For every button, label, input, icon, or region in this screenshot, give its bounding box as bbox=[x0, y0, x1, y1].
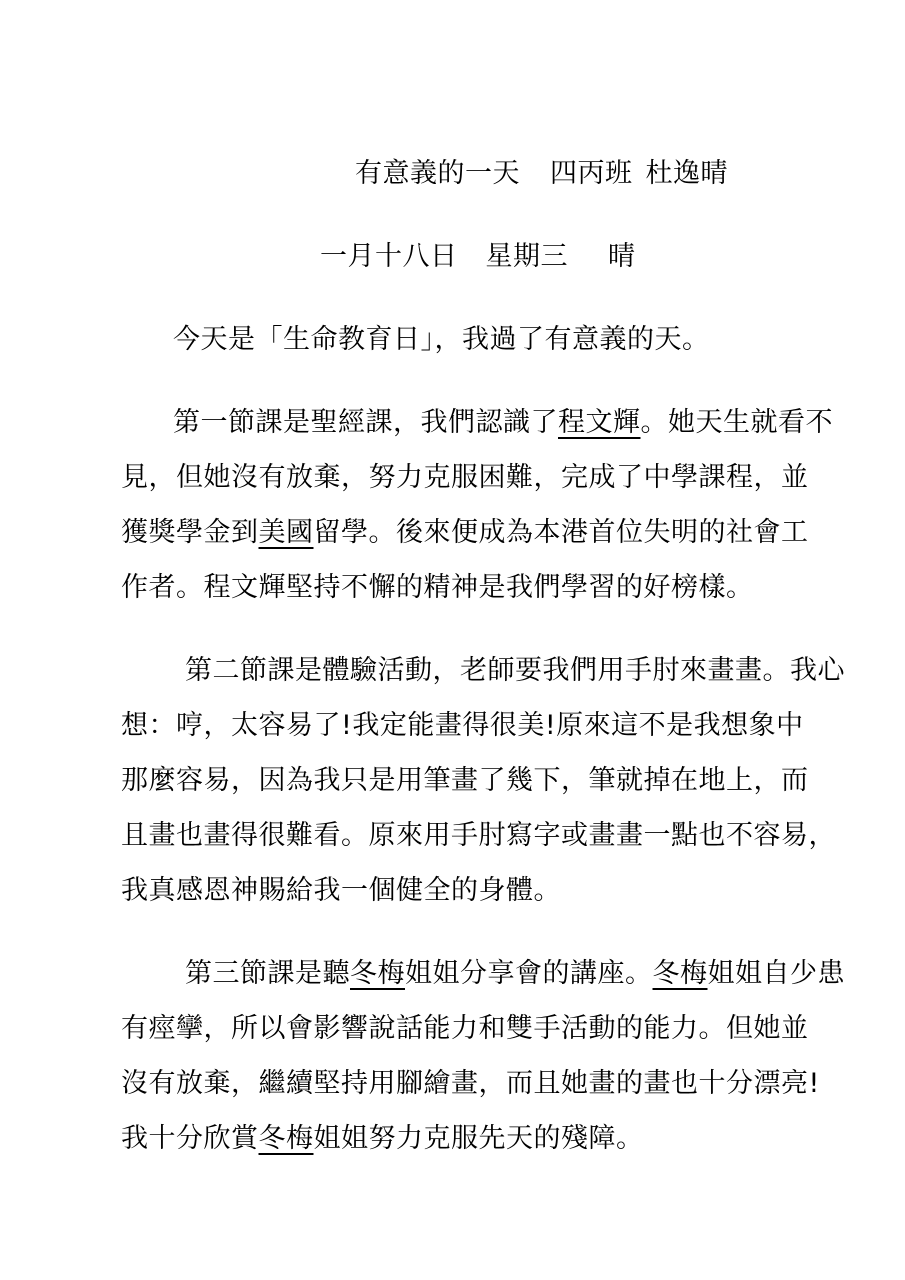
text-segment: 且畫也畫得很難看。原來用手肘寫字或畫畫一點也不容易， bbox=[121, 820, 836, 851]
text-segment: 想：哼，太容易了!我定能畫得很美!原來這不是我想象中 bbox=[121, 710, 804, 741]
text-segment: 我十分欣賞 bbox=[121, 1123, 259, 1154]
essay-body: 今天是「生命教育日」，我過了有意義的天。第一節課是聖經課，我們認識了程文輝。她天… bbox=[121, 312, 805, 1166]
text-segment: 有痙攣，所以會影響說話能力和雙手活動的能力。但她並 bbox=[121, 1013, 809, 1044]
weekday-text: 星期三 bbox=[486, 241, 569, 272]
paragraph: 第三節課是聽冬梅姐姐分享會的講座。冬梅姐姐自少患有痙攣，所以會影響說話能力和雙手… bbox=[121, 946, 805, 1166]
paragraph: 第一節課是聖經課，我們認識了程文輝。她天生就看不見，但她沒有放棄，努力克服困難，… bbox=[121, 395, 805, 615]
text-segment: 那麼容易，因為我只是用筆畫了幾下，筆就掉在地上，而 bbox=[121, 765, 809, 796]
text-segment: 今天是「生命教育日」，我過了有意義的天。 bbox=[173, 324, 710, 355]
text-segment: 沒有放棄，繼續堅持用腳繪畫，而且她畫的畫也十分漂亮! bbox=[121, 1068, 820, 1099]
text-line: 沒有放棄，繼續堅持用腳繪畫，而且她畫的畫也十分漂亮! bbox=[121, 1056, 805, 1111]
class-name: 四丙班 bbox=[550, 158, 633, 189]
text-segment: 作者。程文輝堅持不懈的精神是我們學習的好榜樣。 bbox=[121, 572, 754, 603]
text-line: 見，但她沒有放棄，努力克服困難，完成了中學課程，並 bbox=[121, 450, 805, 505]
underlined-text: 冬梅 bbox=[653, 958, 708, 989]
text-line: 第一節課是聖經課，我們認識了程文輝。她天生就看不 bbox=[121, 395, 805, 450]
text-line: 我十分欣賞冬梅姐姐努力克服先天的殘障。 bbox=[121, 1111, 805, 1166]
text-line: 今天是「生命教育日」，我過了有意義的天。 bbox=[121, 312, 805, 367]
weather-text: 晴 bbox=[608, 241, 636, 272]
text-segment: 姐姐自少患 bbox=[708, 958, 846, 989]
document-page: 有意義的一天四丙班杜逸晴 一月十八日星期三晴 今天是「生命教育日」，我過了有意義… bbox=[0, 0, 905, 1280]
text-segment: 獲獎學金到 bbox=[121, 517, 259, 548]
essay-title-text: 有意義的一天 bbox=[355, 158, 520, 189]
underlined-text: 美國 bbox=[259, 517, 314, 548]
paragraph: 第二節課是體驗活動，老師要我們用手肘來畫畫。我心想：哼，太容易了!我定能畫得很美… bbox=[121, 643, 805, 918]
paragraph: 今天是「生命教育日」，我過了有意義的天。 bbox=[121, 312, 805, 367]
text-line: 第二節課是體驗活動，老師要我們用手肘來畫畫。我心 bbox=[121, 643, 805, 698]
text-line: 且畫也畫得很難看。原來用手肘寫字或畫畫一點也不容易， bbox=[121, 808, 805, 863]
text-segment: 見，但她沒有放棄，努力克服困難，完成了中學課程，並 bbox=[121, 462, 809, 493]
date-line: 一月十八日星期三晴 bbox=[320, 229, 805, 284]
student-name: 杜逸晴 bbox=[646, 158, 729, 189]
text-line: 第三節課是聽冬梅姐姐分享會的講座。冬梅姐姐自少患 bbox=[121, 946, 805, 1001]
essay-title: 有意義的一天四丙班杜逸晴 bbox=[355, 146, 805, 201]
text-segment: 第一節課是聖經課，我們認識了 bbox=[173, 407, 558, 438]
date-text: 一月十八日 bbox=[320, 241, 458, 272]
text-segment: 第二節課是體驗活動，老師要我們用手肘來畫畫。我心 bbox=[185, 655, 845, 686]
text-segment: 第三節課是聽 bbox=[185, 958, 350, 989]
text-line: 那麼容易，因為我只是用筆畫了幾下，筆就掉在地上，而 bbox=[121, 753, 805, 808]
text-line: 想：哼，太容易了!我定能畫得很美!原來這不是我想象中 bbox=[121, 698, 805, 753]
underlined-text: 冬梅 bbox=[350, 958, 405, 989]
text-segment: 留學。後來便成為本港首位失明的社會工 bbox=[314, 517, 809, 548]
text-segment: 。她天生就看不 bbox=[641, 407, 834, 438]
text-segment: 姐姐努力克服先天的殘障。 bbox=[314, 1123, 644, 1154]
text-segment: 我真感恩神賜給我一個健全的身體。 bbox=[121, 875, 561, 906]
text-line: 作者。程文輝堅持不懈的精神是我們學習的好榜樣。 bbox=[121, 560, 805, 615]
text-line: 有痙攣，所以會影響說話能力和雙手活動的能力。但她並 bbox=[121, 1001, 805, 1056]
text-segment: 姐姐分享會的講座。 bbox=[405, 958, 653, 989]
text-line: 獲獎學金到美國留學。後來便成為本港首位失明的社會工 bbox=[121, 505, 805, 560]
underlined-text: 冬梅 bbox=[259, 1123, 314, 1154]
underlined-text: 程文輝 bbox=[558, 407, 641, 438]
text-line: 我真感恩神賜給我一個健全的身體。 bbox=[121, 863, 805, 918]
